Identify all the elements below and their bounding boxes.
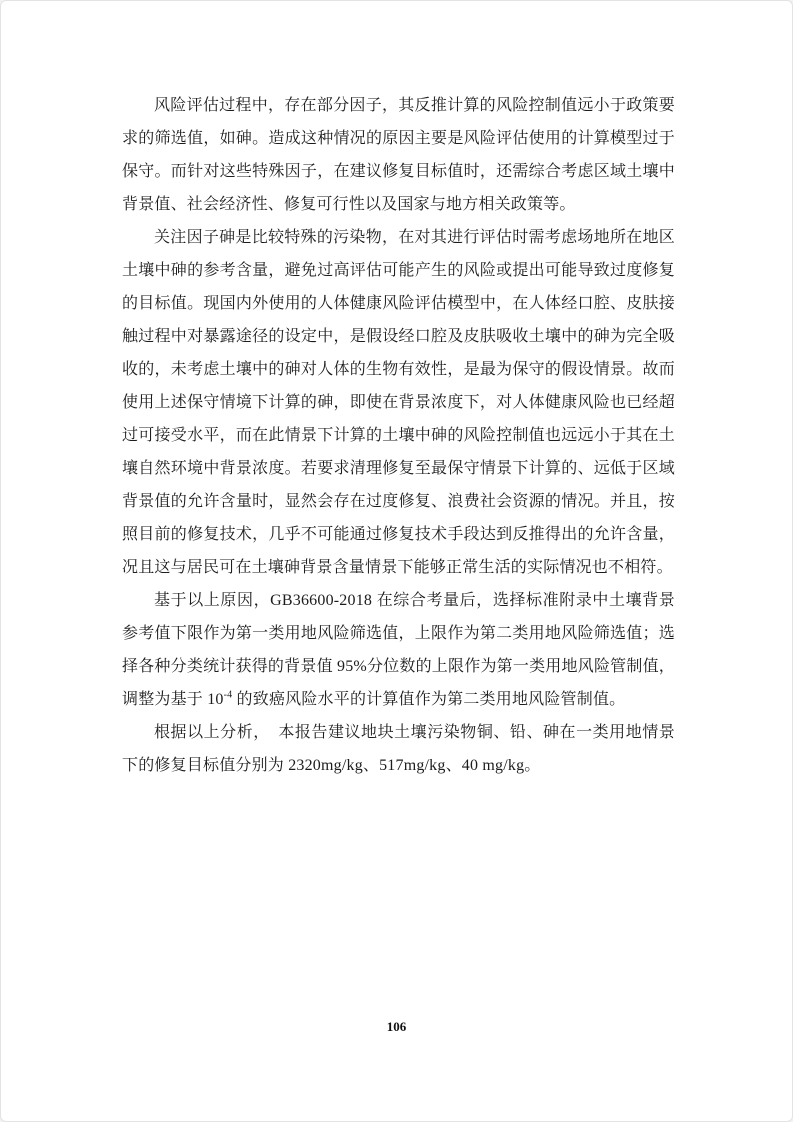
text-content-area: 风险评估过程中，存在部分因子，其反推计算的风险控制值远小于政策要求的筛选值，如砷… (122, 89, 675, 782)
paragraph-gb36600-standard: 基于以上原因，GB36600-2018 在综合考量后，选择标准附录中土壤背景参考… (122, 584, 675, 716)
paragraph-remediation-target-values: 根据以上分析， 本报告建议地块土壤污染物铜、铅、砷在一类用地情景下的修复目标值分… (122, 716, 675, 782)
paragraph-risk-assessment-factors: 风险评估过程中，存在部分因子，其反推计算的风险控制值远小于政策要求的筛选值，如砷… (122, 89, 675, 221)
paragraph-gb36600-text-after-superscript: 的致癌风险水平的计算值作为第二类用地风险管制值。 (232, 691, 625, 708)
document-page: 风险评估过程中，存在部分因子，其反推计算的风险控制值远小于政策要求的筛选值，如砷… (0, 0, 793, 1122)
paragraph-arsenic-special-pollutant: 关注因子砷是比较特殊的污染物，在对其进行评估时需考虑场地所在地区土壤中砷的参考含… (122, 221, 675, 584)
page-number: 106 (1, 1019, 792, 1035)
